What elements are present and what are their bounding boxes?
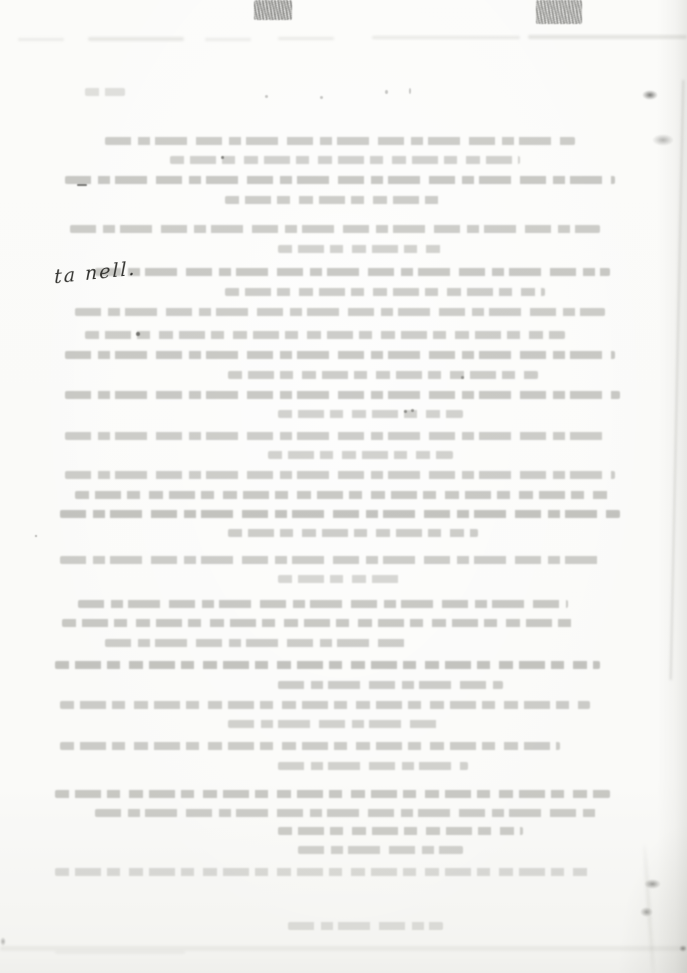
ghost-text-line bbox=[75, 491, 610, 499]
ink-smudge bbox=[536, 0, 582, 24]
ghost-text-line bbox=[55, 868, 590, 876]
ghost-text-line bbox=[95, 268, 610, 276]
ghost-text-line bbox=[278, 762, 468, 770]
speck-mark bbox=[385, 90, 388, 94]
ghost-text-line bbox=[60, 701, 590, 709]
speck-mark bbox=[461, 376, 464, 379]
ghost-text-line bbox=[75, 308, 605, 316]
ghost-text-line bbox=[225, 288, 545, 296]
handwritten-annotation: ta nell. bbox=[54, 258, 136, 289]
margin-marks-layer bbox=[0, 0, 687, 973]
ghost-text-line bbox=[55, 661, 600, 669]
scan-band bbox=[88, 37, 184, 41]
top-edge-smudges-layer bbox=[0, 0, 687, 973]
ghost-text-line bbox=[278, 245, 443, 253]
speck-mark bbox=[35, 535, 37, 537]
speck-mark bbox=[404, 410, 407, 413]
ghost-text-line bbox=[65, 391, 620, 399]
ghost-text-line bbox=[105, 137, 575, 145]
ghost-text-layer bbox=[0, 0, 687, 973]
ghost-text-line bbox=[60, 556, 600, 564]
ghost-text-line bbox=[65, 471, 615, 479]
speck-mark bbox=[221, 156, 224, 159]
ghost-text-line bbox=[278, 410, 463, 418]
ghost-text-line bbox=[62, 619, 577, 627]
ink-smudge bbox=[254, 0, 292, 20]
speck-mark bbox=[136, 332, 140, 336]
scan-band bbox=[372, 36, 520, 39]
ghost-text-line bbox=[105, 639, 405, 647]
scan-artifact-bands-layer bbox=[0, 0, 687, 973]
ghost-text-line bbox=[85, 331, 565, 339]
scan-band bbox=[18, 38, 64, 41]
speck-mark bbox=[409, 88, 411, 94]
ghost-text-line bbox=[288, 922, 443, 930]
ghost-text-line bbox=[278, 827, 523, 835]
ghost-text-line bbox=[70, 225, 600, 233]
bottom-right-corner-shadow bbox=[617, 823, 687, 973]
scribble-mark bbox=[0, 937, 6, 946]
ghost-text-line bbox=[60, 510, 620, 518]
ghost-text-line bbox=[225, 196, 440, 204]
dash-mark bbox=[77, 184, 87, 186]
scan-band bbox=[205, 38, 251, 41]
ghost-text-line bbox=[85, 88, 125, 96]
speck-mark bbox=[411, 409, 414, 412]
ghost-text-line bbox=[278, 681, 503, 689]
ghost-text-line bbox=[228, 371, 538, 379]
ghost-text-line bbox=[298, 846, 463, 854]
ghost-text-line bbox=[60, 742, 560, 750]
ghost-text-line bbox=[268, 451, 453, 459]
ghost-text-line bbox=[95, 809, 600, 817]
scan-band bbox=[0, 946, 687, 951]
ghost-text-line bbox=[65, 432, 605, 440]
ghost-text-line bbox=[170, 156, 520, 164]
scribble-mark bbox=[642, 90, 658, 100]
speck-mark bbox=[265, 95, 268, 98]
scanned-page: ta nell. bbox=[0, 0, 687, 973]
scan-band bbox=[55, 951, 185, 954]
ghost-text-line bbox=[228, 720, 443, 728]
scan-band bbox=[278, 37, 334, 40]
ghost-text-line bbox=[228, 529, 478, 537]
ghost-text-line bbox=[55, 790, 610, 798]
ghost-text-line bbox=[65, 351, 615, 359]
ghost-text-line bbox=[65, 176, 615, 184]
speck-mark bbox=[320, 96, 323, 99]
ghost-text-line bbox=[78, 600, 568, 608]
ghost-text-line bbox=[278, 575, 403, 583]
